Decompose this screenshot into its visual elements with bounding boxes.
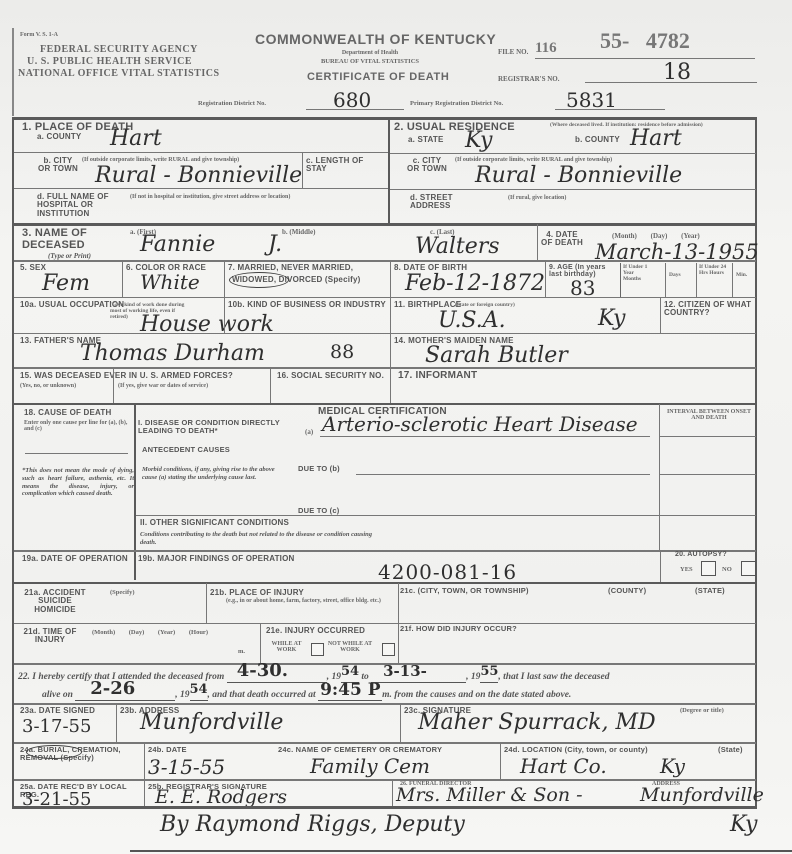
row-divider xyxy=(390,261,391,297)
registration-district: 680 xyxy=(333,88,371,112)
row-line xyxy=(390,153,756,154)
row-line xyxy=(660,436,756,437)
burial-date-label: 24b. DATE xyxy=(148,746,187,754)
certificate-title: CERTIFICATE OF DEATH xyxy=(307,72,449,84)
death-time: 9:45 P xyxy=(320,680,380,700)
agency-line-1: FEDERAL SECURITY AGENCY xyxy=(40,44,198,55)
funeral-director: Mrs. Miller & Son - xyxy=(396,784,583,806)
location-state-label: (State) xyxy=(718,746,743,754)
row-line xyxy=(14,188,388,189)
row-divider xyxy=(500,743,501,779)
cause-note: Enter only one cause per line for (a), (… xyxy=(24,420,132,432)
code-number: 4200-081-16 xyxy=(378,560,517,584)
primary-district: 5831 xyxy=(566,88,617,112)
row-divider xyxy=(116,704,117,742)
informant-label: 17. INFORMANT xyxy=(398,371,477,382)
sex: Fem xyxy=(42,271,90,296)
form-number: Form V. S. 1-A xyxy=(20,32,58,38)
autopsy-no-checkbox[interactable] xyxy=(741,561,756,576)
op-date-label: 19a. DATE OF OPERATION xyxy=(22,555,132,563)
last-name: Walters xyxy=(415,234,500,259)
autopsy-yes-checkbox[interactable] xyxy=(701,561,716,576)
certify-text-c: , and that death occurred at xyxy=(208,690,316,700)
to-date-field: 3-13- xyxy=(371,672,466,683)
degree-label: (Degree or title) xyxy=(680,707,724,714)
row-divider xyxy=(144,743,145,779)
ssn-label: 16. SOCIAL SECURITY NO. xyxy=(274,372,384,380)
certify-line-2: alive on 2-26 , 1954 , and that death oc… xyxy=(42,690,757,701)
frame-bottom xyxy=(12,806,757,809)
death-certificate: Form V. S. 1-A FEDERAL SECURITY AGENCY U… xyxy=(0,0,792,854)
row-divider xyxy=(144,780,145,807)
part2-note: Conditions contributing to the death but… xyxy=(140,531,385,547)
res-city-label: c. CITY OR TOWN xyxy=(407,157,447,174)
armed-note-a: (Yes, no, or unknown) xyxy=(20,383,76,389)
marital-label: 7. MARRIED, NEVER MARRIED, xyxy=(228,264,353,272)
burial-circle xyxy=(26,745,82,759)
middle-name-label: b. (Middle) xyxy=(282,228,315,236)
certify-text-b: , that I last saw the deceased xyxy=(498,672,609,682)
year1: 54 xyxy=(341,664,359,679)
dod-columns: (Month) (Day) (Year) xyxy=(612,232,752,240)
burial-state: Ky xyxy=(660,754,685,778)
registrar-no: 18 xyxy=(663,60,691,85)
date-signed-label: 23a. DATE SIGNED xyxy=(20,707,95,715)
not-while-at-work-label: NOT WHILE AT WORK xyxy=(325,641,375,653)
left-margin-rule xyxy=(12,28,14,116)
citizen-label: 12. CITIZEN OF WHAT COUNTRY? xyxy=(664,301,754,318)
row-line xyxy=(14,703,756,705)
year2-field: 55 xyxy=(480,672,498,683)
place-of-injury-label: 21b. PLACE OF INJURY xyxy=(210,589,304,597)
file-no-stamp: 55- 4782 xyxy=(600,28,690,54)
dod-year-label: (Year) xyxy=(681,232,700,240)
row-line xyxy=(660,474,756,475)
frame-top xyxy=(12,117,757,120)
year2: 55 xyxy=(480,664,498,679)
row-line xyxy=(14,550,756,552)
section-rule xyxy=(12,582,757,584)
alive-date-field: 2-26 xyxy=(75,690,175,701)
row-divider xyxy=(392,780,393,807)
row-divider xyxy=(665,263,666,297)
dod-day-label: (Day) xyxy=(651,232,668,240)
file-no-underline xyxy=(535,58,755,59)
footnote-rule xyxy=(25,453,128,454)
op-findings-label: 19b. MAJOR FINDINGS OF OPERATION xyxy=(138,555,295,563)
fd-address: Munfordville xyxy=(640,784,764,806)
department: Department of Health xyxy=(330,50,410,56)
row-line xyxy=(14,152,388,153)
cause-line-a: Arterio-sclerotic Heart Disease xyxy=(322,412,638,436)
age-months-label: If Under 1 Year Months xyxy=(623,264,653,282)
deputy-signature: By Raymond Riggs, Deputy xyxy=(160,812,465,837)
row-divider xyxy=(113,369,114,403)
row-divider xyxy=(696,263,697,297)
pod-city-label: b. CITY OR TOWN xyxy=(38,157,78,174)
place-of-injury-note: (e.g., in or about home, farm, factory, … xyxy=(226,598,396,604)
res-county: Hart xyxy=(630,126,682,151)
accident-label: 21a. ACCIDENT SUICIDE HOMICIDE xyxy=(20,589,90,614)
interval-label: INTERVAL BETWEEN ONSET AND DEATH xyxy=(665,409,753,421)
injury-state-label: (STATE) xyxy=(695,587,725,595)
row-divider xyxy=(260,623,261,663)
death-time-field: 9:45 P xyxy=(318,690,382,701)
due-to-b: DUE TO (b) xyxy=(298,465,340,473)
time-hour-label: (Hour) xyxy=(189,629,208,636)
burial-date: 3-15-55 xyxy=(148,755,225,779)
pod-hospital-note: (If not in hospital or institution, give… xyxy=(130,194,380,200)
antecedent-label: ANTECEDENT CAUSES xyxy=(142,446,230,454)
row-line xyxy=(14,742,756,744)
time-month-label: (Month) xyxy=(92,629,115,636)
armed-forces-label: 15. WAS DECEASED EVER IN U. S. ARMED FOR… xyxy=(20,372,233,380)
due-to-c: DUE TO (c) xyxy=(298,507,339,515)
photo-edge xyxy=(130,850,792,852)
autopsy-yes-label: YES xyxy=(680,566,693,573)
line-a-label: (a) xyxy=(305,428,313,436)
first-name: Fannie xyxy=(140,232,215,257)
row-divider xyxy=(390,297,391,333)
armed-note-b: (If yes, give war or dates of service) xyxy=(118,383,208,389)
registrar-signature: E. E. Rodgers xyxy=(155,786,287,808)
time-m-label: m. xyxy=(238,648,245,655)
alive-on-text: alive on xyxy=(42,690,73,700)
cause-label: 18. CAUSE OF DEATH xyxy=(24,409,111,417)
row-divider xyxy=(270,369,271,403)
interval-col-divider xyxy=(659,404,660,550)
agency-line-2: U. S. PUBLIC HEALTH SERVICE xyxy=(27,56,192,67)
age-under-grid: If Under 1 Year Months Days If Under 24 … xyxy=(620,263,755,297)
row-divider xyxy=(537,224,538,260)
part1-label: I. DISEASE OR CONDITION DIRECTLY LEADING… xyxy=(138,419,313,435)
fd-state: Ky xyxy=(730,812,757,837)
row-line xyxy=(14,779,756,781)
registration-district-label: Registration District No. xyxy=(198,100,266,107)
from-date-field: 4-30. xyxy=(227,672,327,683)
how-injury-label: 21f. HOW DID INJURY OCCUR? xyxy=(400,625,517,633)
physician-signature: Maher Spurrack, MD xyxy=(418,710,656,735)
father-name: Thomas Durham xyxy=(80,341,265,366)
alive-date: 2-26 xyxy=(90,678,135,699)
line-b-underline xyxy=(356,474,650,475)
file-no-label: FILE NO. xyxy=(498,48,528,56)
mother-name: Sarah Butler xyxy=(425,343,568,368)
color: White xyxy=(140,270,200,294)
pod-county-label: a. COUNTY xyxy=(37,133,81,141)
row-line xyxy=(14,260,756,262)
row-line xyxy=(14,333,756,334)
injury-occurred-label: 21e. INJURY OCCURRED xyxy=(266,627,365,635)
part2-label: II. OTHER SIGNIFICANT CONDITIONS xyxy=(140,519,289,527)
birthplace: U.S.A. xyxy=(438,308,506,333)
bureau: BUREAU OF VITAL STATISTICS xyxy=(305,58,435,65)
burial-location: Hart Co. xyxy=(520,754,607,778)
dob: Feb-12-1872 xyxy=(405,271,545,296)
row-divider xyxy=(224,297,225,333)
while-at-work-checkbox[interactable] xyxy=(311,643,324,656)
time-year-label: (Year) xyxy=(158,629,175,636)
from-date: 4-30. xyxy=(237,660,288,681)
res-street-label: d. STREET ADDRESS xyxy=(410,194,460,211)
autopsy-label: 20. AUTOPSY? xyxy=(675,551,727,558)
row-divider xyxy=(400,704,401,742)
res-street-note: (If rural, give location) xyxy=(508,195,566,201)
agency-line-3: NATIONAL OFFICE VITAL STATISTICS xyxy=(18,68,220,79)
row-divider xyxy=(732,263,733,297)
age-days-label: Days xyxy=(669,272,681,278)
injury-county-label: (COUNTY) xyxy=(608,587,646,595)
registrar-no-label: REGISTRAR'S NO. xyxy=(498,75,559,83)
file-no-prefix: 116 xyxy=(535,40,557,57)
pod-city: Rural - Bonnieville xyxy=(95,163,302,188)
autopsy-no-label: NO xyxy=(722,566,732,573)
dod-month-label: (Month) xyxy=(612,232,637,240)
row-line xyxy=(14,623,756,624)
date-of-death-label: 4. DATE OF DEATH xyxy=(540,231,584,248)
cemetery-name: Family Cem xyxy=(310,754,430,778)
pod-county: Hart xyxy=(110,126,162,151)
res-county-label: b. COUNTY xyxy=(575,136,620,144)
name-note: (Type or Print) xyxy=(48,252,91,260)
to-date: 3-13- xyxy=(383,662,427,680)
residence-title: 2. USUAL RESIDENCE xyxy=(394,122,515,134)
row-line xyxy=(14,297,756,298)
time-day-label: (Day) xyxy=(129,629,145,636)
time-columns: (Month) (Day) (Year) (Hour) xyxy=(92,629,252,636)
cemetery-label: 24c. NAME OF CEMETERY OR CREMATORY xyxy=(278,746,442,754)
accident-note: (Specify) xyxy=(110,589,135,596)
location-label: 24d. LOCATION (City, town, or county) xyxy=(504,746,648,754)
section-rule xyxy=(12,223,757,226)
row-divider xyxy=(224,261,225,297)
line-c-underline xyxy=(136,515,756,516)
res-city: Rural - Bonnieville xyxy=(475,163,682,188)
section-rule xyxy=(12,403,757,405)
year3-field: 54 xyxy=(190,690,208,701)
row-divider xyxy=(545,261,546,297)
pod-hospital-label: d. FULL NAME OF HOSPITAL OR INSTITUTION xyxy=(37,193,127,218)
middle-name: J. xyxy=(268,232,282,257)
age-min-label: Min. xyxy=(736,272,747,278)
col-divider-top xyxy=(388,117,390,223)
year3: 54 xyxy=(190,682,208,697)
age-hours-label: If Under 24 Hrs Hours xyxy=(699,264,731,276)
row-line xyxy=(14,367,756,369)
not-while-at-work-checkbox[interactable] xyxy=(382,643,395,656)
row-divider xyxy=(302,152,303,188)
antecedent-note: Morbid conditions, if any, giving rise t… xyxy=(142,466,290,482)
res-state-label: a. STATE xyxy=(408,136,444,144)
while-at-work-label: WHILE AT WORK xyxy=(264,641,309,653)
address: Munfordville xyxy=(140,710,283,735)
state-title: COMMONWEALTH OF KENTUCKY xyxy=(255,32,496,47)
row-divider xyxy=(206,583,207,623)
res-state: Ky xyxy=(465,128,492,153)
medical-col-divider xyxy=(134,404,136,580)
widowed-circle xyxy=(229,272,289,288)
row-divider xyxy=(122,261,123,297)
father-extra: 88 xyxy=(330,341,354,363)
business-label: 10b. KIND OF BUSINESS OR INDUSTRY xyxy=(228,301,386,309)
injury-city-label: 21c. (CITY, TOWN, OR TOWNSHIP) xyxy=(400,587,529,595)
line-a-underline xyxy=(320,436,650,437)
certify-text-d: m. from the causes and on the date state… xyxy=(382,690,571,700)
date-signed: 3-17-55 xyxy=(22,716,91,737)
row-line xyxy=(390,189,756,190)
row-divider xyxy=(660,550,661,582)
primary-district-label: Primary Registration District No. xyxy=(410,100,503,107)
time-of-injury-label: 21d. TIME OF INJURY xyxy=(20,628,80,645)
cause-footnote: *This does not mean the mode of dying, s… xyxy=(22,467,134,498)
name-label: 3. NAME OF DECEASED xyxy=(22,228,117,251)
pod-length-label: c. LENGTH OF STAY xyxy=(306,157,386,174)
row-divider xyxy=(660,297,661,333)
birthplace-state: Ky xyxy=(598,306,625,331)
